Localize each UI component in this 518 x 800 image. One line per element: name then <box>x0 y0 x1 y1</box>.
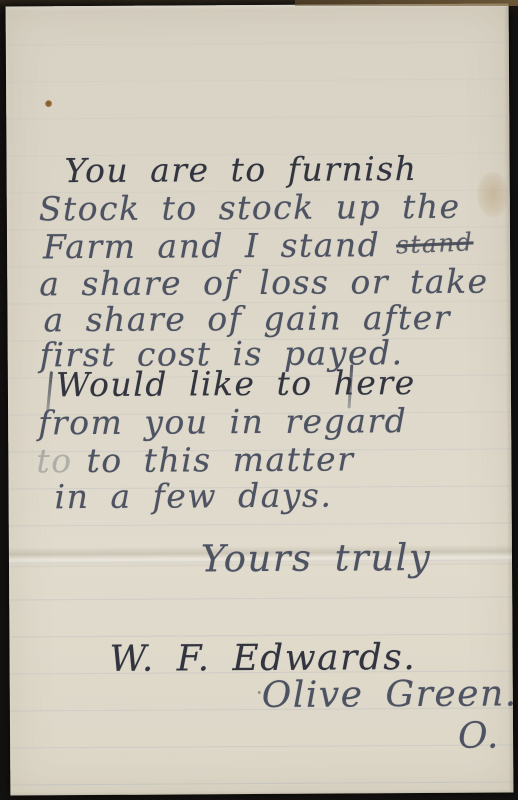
place-line: Olive Green. <box>262 673 518 716</box>
letter-line-3: Farm and I standstand <box>43 225 474 267</box>
ink-speck <box>258 691 261 694</box>
letter-line-1: You are to furnish <box>64 149 417 190</box>
stain-smudge <box>477 171 509 217</box>
letter-line-7: Would like to here <box>56 363 416 404</box>
letter-paper: You are to furnish Stock to stock up the… <box>6 3 514 795</box>
state-abbreviation: O. <box>458 716 500 757</box>
foxing-spot <box>45 100 52 107</box>
struck-out-word: stand <box>396 227 475 259</box>
letter-line-8: from you in regard <box>38 401 407 442</box>
letter-line-10: in a few days. <box>54 476 332 517</box>
scan-background: You are to furnish Stock to stock up the… <box>0 0 518 800</box>
letter-line-9-text: to this matter <box>86 439 354 480</box>
closing-line: Yours truly <box>201 536 432 580</box>
letter-line-3-text: Farm and I stand <box>43 225 380 266</box>
letter-line-2: Stock to stock up the <box>39 187 461 229</box>
letter-line-9: toto this matter <box>36 439 354 480</box>
erased-word: to <box>36 441 72 480</box>
